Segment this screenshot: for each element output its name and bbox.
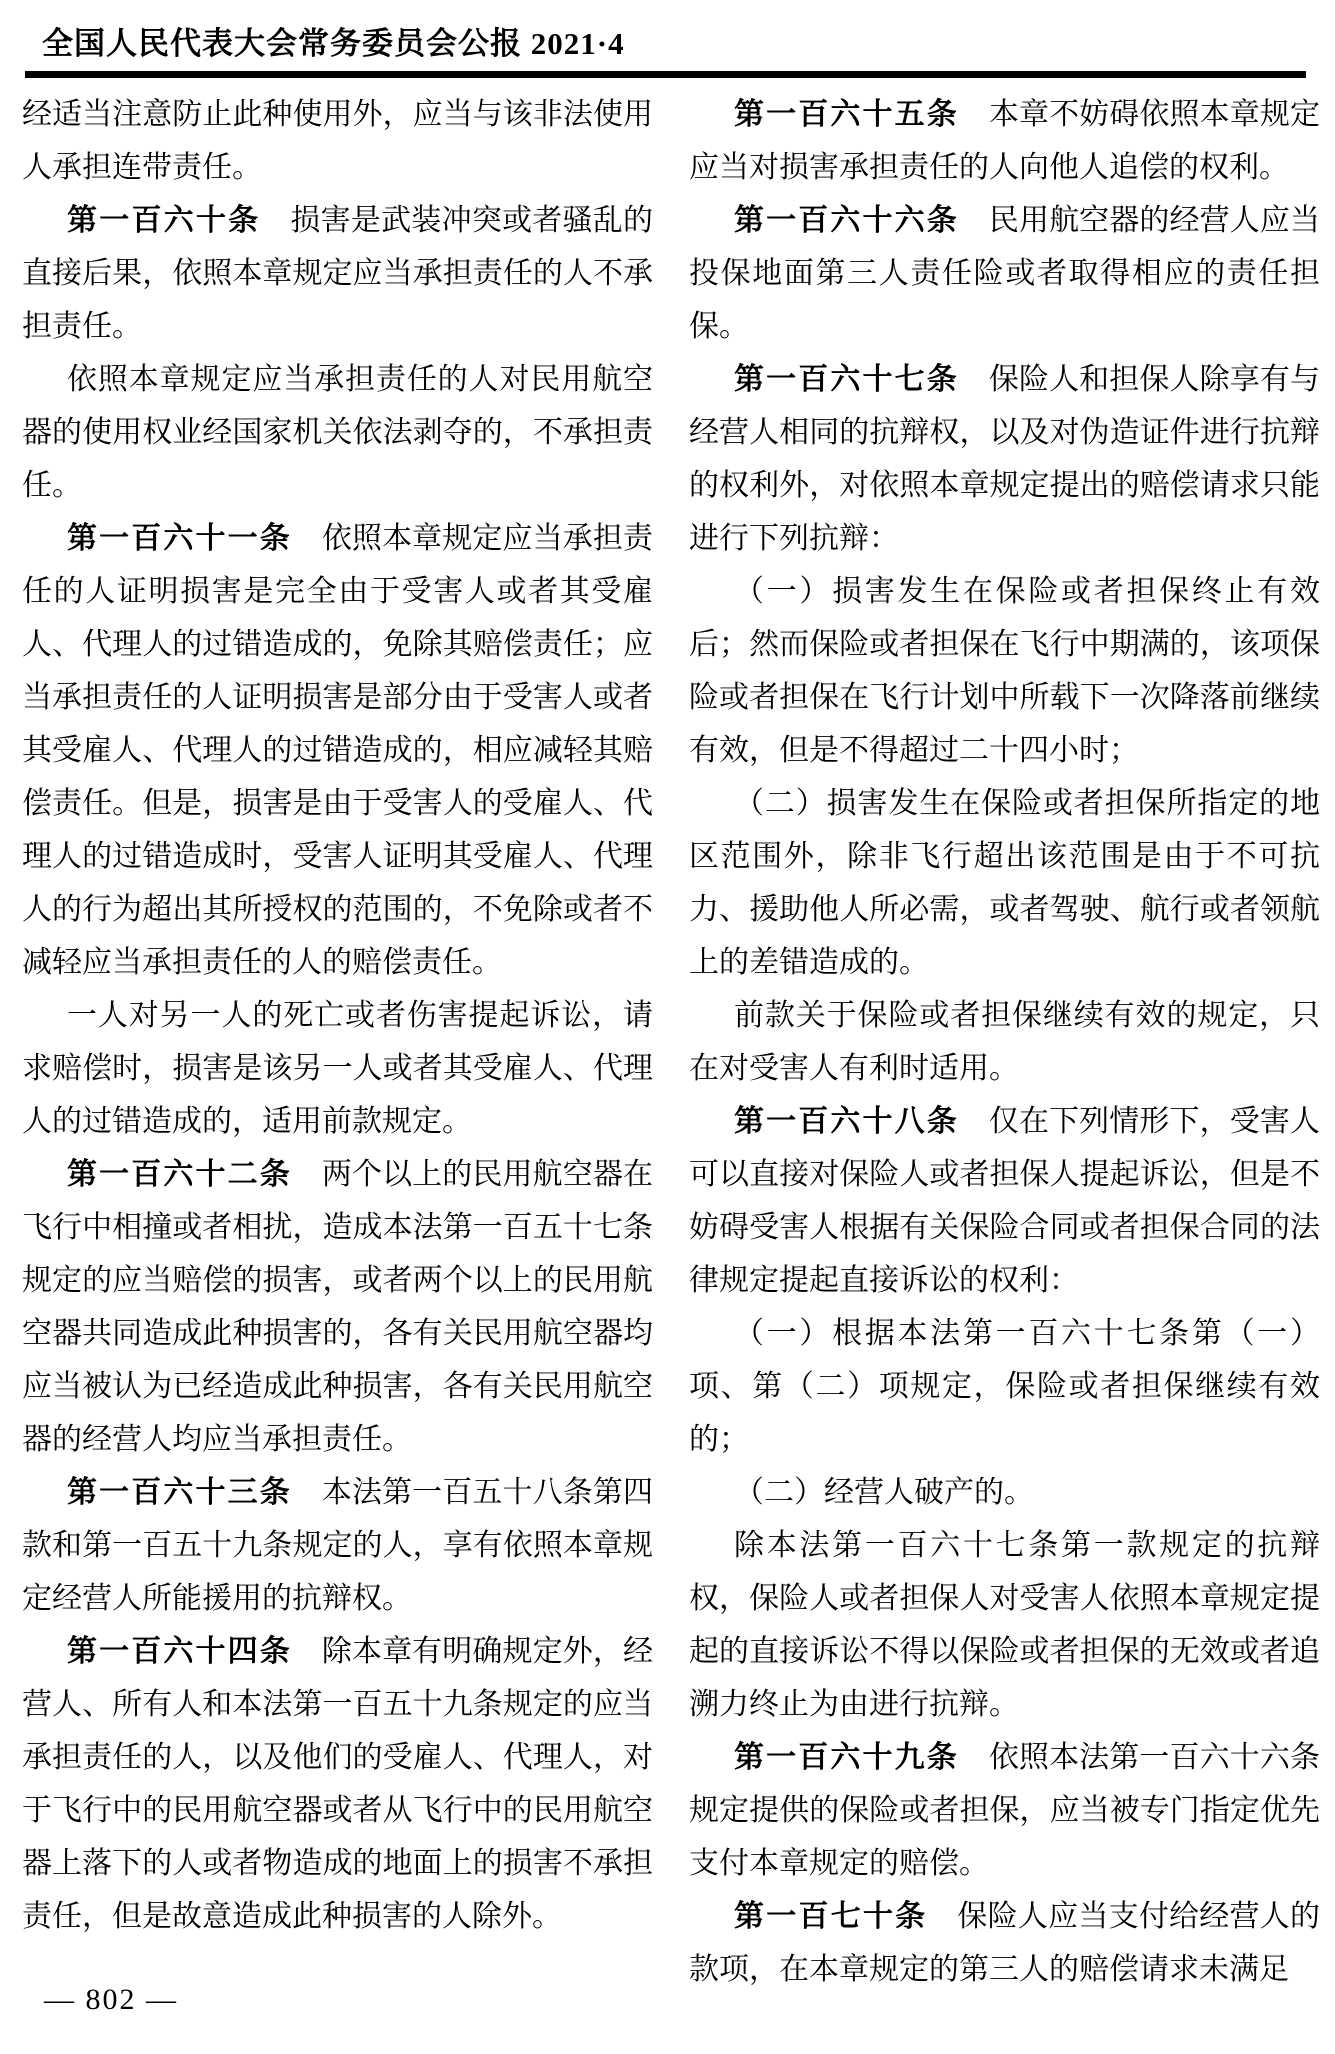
article-number: 第一百六十六条 — [734, 204, 959, 237]
article-number: 第一百六十五条 — [734, 98, 959, 131]
article-number: 第一百六十四条 — [67, 1635, 292, 1668]
column-left: 经适当注意防止此种使用外，应当与该非法使用人承担连带责任。第一百六十条损害是武装… — [22, 88, 653, 1996]
body-paragraph: 除本法第一百六十七条第一款规定的抗辩权，保险人或者担保人对受害人依照本章规定提起… — [689, 1519, 1320, 1731]
article-number: 第一百六十七条 — [734, 363, 959, 396]
body-paragraph: 前款关于保险或者担保继续有效的规定，只在对受害人有利时适用。 — [689, 989, 1320, 1095]
article-paragraph: 第一百六十九条依照本法第一百六十六条规定提供的保险或者担保，应当被专门指定优先支… — [689, 1731, 1320, 1890]
body-paragraph: （二）经营人破产的。 — [689, 1466, 1320, 1519]
article-paragraph: 第一百六十一条依照本章规定应当承担责任的人证明损害是完全由于受害人或者其受雇人、… — [22, 512, 653, 989]
article-paragraph: 第一百六十五条本章不妨碍依照本章规定应当对损害承担责任的人向他人追偿的权利。 — [689, 88, 1320, 194]
article-paragraph: 第一百六十八条仅在下列情形下，受害人可以直接对保险人或者担保人提起诉讼，但是不妨… — [689, 1095, 1320, 1307]
article-number: 第一百六十条 — [67, 204, 260, 237]
body-paragraph: 依照本章规定应当承担责任的人对民用航空器的使用权业经国家机关依法剥夺的，不承担责… — [22, 353, 653, 512]
body-paragraph: （一）根据本法第一百六十七条第（一）项、第（二）项规定，保险或者担保继续有效的； — [689, 1307, 1320, 1466]
article-paragraph: 第一百六十条损害是武装冲突或者骚乱的直接后果，依照本章规定应当承担责任的人不承担… — [22, 194, 653, 353]
page-number: — 802 — — [44, 1983, 178, 2017]
header-rule — [25, 71, 1306, 78]
gazette-page: 全国人民代表大会常务委员会公报 2021·4 经适当注意防止此种使用外，应当与该… — [0, 0, 1335, 2054]
article-number: 第一百六十八条 — [734, 1105, 959, 1138]
article-paragraph: 第一百六十六条民用航空器的经营人应当投保地面第三人责任险或者取得相应的责任担保。 — [689, 194, 1320, 353]
page-header-title: 全国人民代表大会常务委员会公报 2021·4 — [42, 18, 625, 63]
article-number: 第一百六十一条 — [67, 522, 292, 555]
article-number: 第一百六十二条 — [67, 1158, 292, 1191]
body-paragraph: 经适当注意防止此种使用外，应当与该非法使用人承担连带责任。 — [22, 88, 653, 194]
article-paragraph: 第一百六十七条保险人和担保人除享有与经营人相同的抗辩权，以及对伪造证件进行抗辩的… — [689, 353, 1320, 565]
column-right: 第一百六十五条本章不妨碍依照本章规定应当对损害承担责任的人向他人追偿的权利。第一… — [689, 88, 1320, 1996]
article-number: 第一百六十九条 — [734, 1741, 959, 1774]
article-paragraph: 第一百六十三条本法第一百五十八条第四款和第一百五十九条规定的人，享有依照本章规定… — [22, 1466, 653, 1625]
article-paragraph: 第一百六十二条两个以上的民用航空器在飞行中相撞或者相扰，造成本法第一百五十七条规… — [22, 1148, 653, 1466]
body-paragraph: （一）损害发生在保险或者担保终止有效后；然而保险或者担保在飞行中期满的，该项保险… — [689, 565, 1320, 777]
body-paragraph: 一人对另一人的死亡或者伤害提起诉讼，请求赔偿时，损害是该另一人或者其受雇人、代理… — [22, 989, 653, 1148]
article-paragraph: 第一百七十条保险人应当支付给经营人的款项，在本章规定的第三人的赔偿请求未满足 — [689, 1890, 1320, 1996]
article-number: 第一百七十条 — [734, 1900, 927, 1933]
article-paragraph: 第一百六十四条除本章有明确规定外，经营人、所有人和本法第一百五十九条规定的应当承… — [22, 1625, 653, 1943]
body-paragraph: （二）损害发生在保险或者担保所指定的地区范围外，除非飞行超出该范围是由于不可抗力… — [689, 777, 1320, 989]
text-columns: 经适当注意防止此种使用外，应当与该非法使用人承担连带责任。第一百六十条损害是武装… — [22, 88, 1320, 1996]
article-number: 第一百六十三条 — [67, 1476, 292, 1509]
